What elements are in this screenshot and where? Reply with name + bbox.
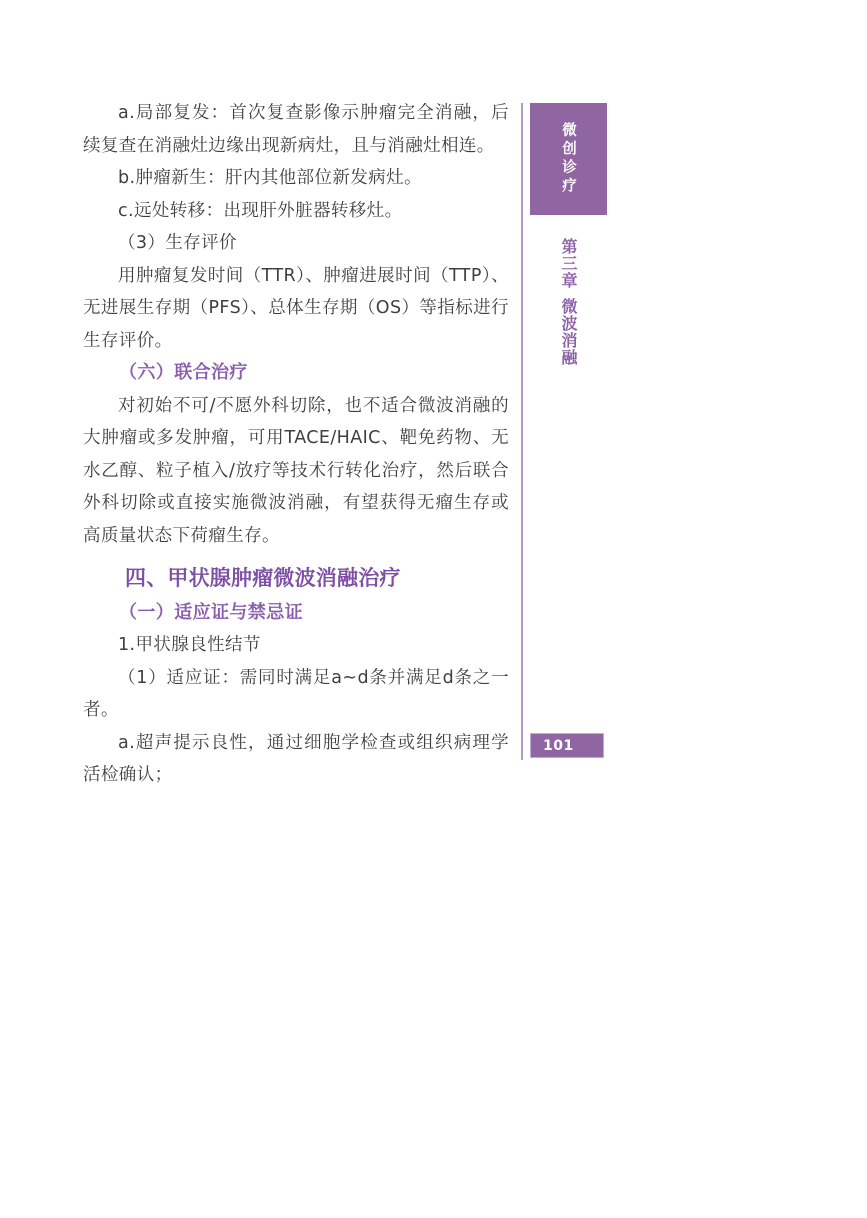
body-paragraph: 1.甲状腺良性结节 — [83, 629, 509, 662]
sub-heading: （一）适应证与禁忌证 — [83, 597, 509, 630]
body-paragraph: c.远处转移：出现肝外脏器转移灶。 — [83, 195, 509, 228]
book-title-vertical-text: 微创诊疗 — [558, 122, 579, 196]
sub-heading: （六）联合治疗 — [83, 357, 509, 390]
book-title-tab: 微创诊疗 — [530, 103, 607, 215]
body-paragraph: b.肿瘤新生：肝内其他部位新发病灶。 — [83, 162, 509, 195]
chapter-vertical-text: 第三章微波消融 — [557, 238, 580, 418]
body-paragraph: （3）生存评价 — [83, 227, 509, 260]
page-number: 101 — [531, 738, 574, 754]
chapter-label: 第三章微波消融 — [530, 238, 607, 418]
page-number-badge: 101 — [530, 733, 604, 758]
sidebar-rule — [521, 103, 523, 760]
body-paragraph: 用肿瘤复发时间（TTR）、肿瘤进展时间（TTP）、无进展生存期（PFS）、总体生… — [83, 260, 509, 358]
body-paragraph: a.局部复发：首次复查影像示肿瘤完全消融，后续复查在消融灶边缘出现新病灶，且与消… — [83, 97, 509, 162]
body-paragraph: 对初始不可/不愿外科切除，也不适合微波消融的大肿瘤或多发肿瘤，可用TACE/HA… — [83, 390, 509, 553]
chapter-number: 第三章 — [559, 238, 578, 289]
body-paragraph: a.超声提示良性，通过细胞学检查或组织病理学活检确认； — [83, 727, 509, 792]
chapter-title: 微波消融 — [559, 298, 578, 366]
main-text-column: a.局部复发：首次复查影像示肿瘤完全消融，后续复查在消融灶边缘出现新病灶，且与消… — [83, 97, 509, 792]
body-paragraph: （1）适应证：需同时满足a~d条并满足d条之一者。 — [83, 662, 509, 727]
book-page: a.局部复发：首次复查影像示肿瘤完全消融，后续复查在消融灶边缘出现新病灶，且与消… — [0, 0, 867, 1218]
section-heading: 四、甲状腺肿瘤微波消融治疗 — [83, 562, 509, 595]
